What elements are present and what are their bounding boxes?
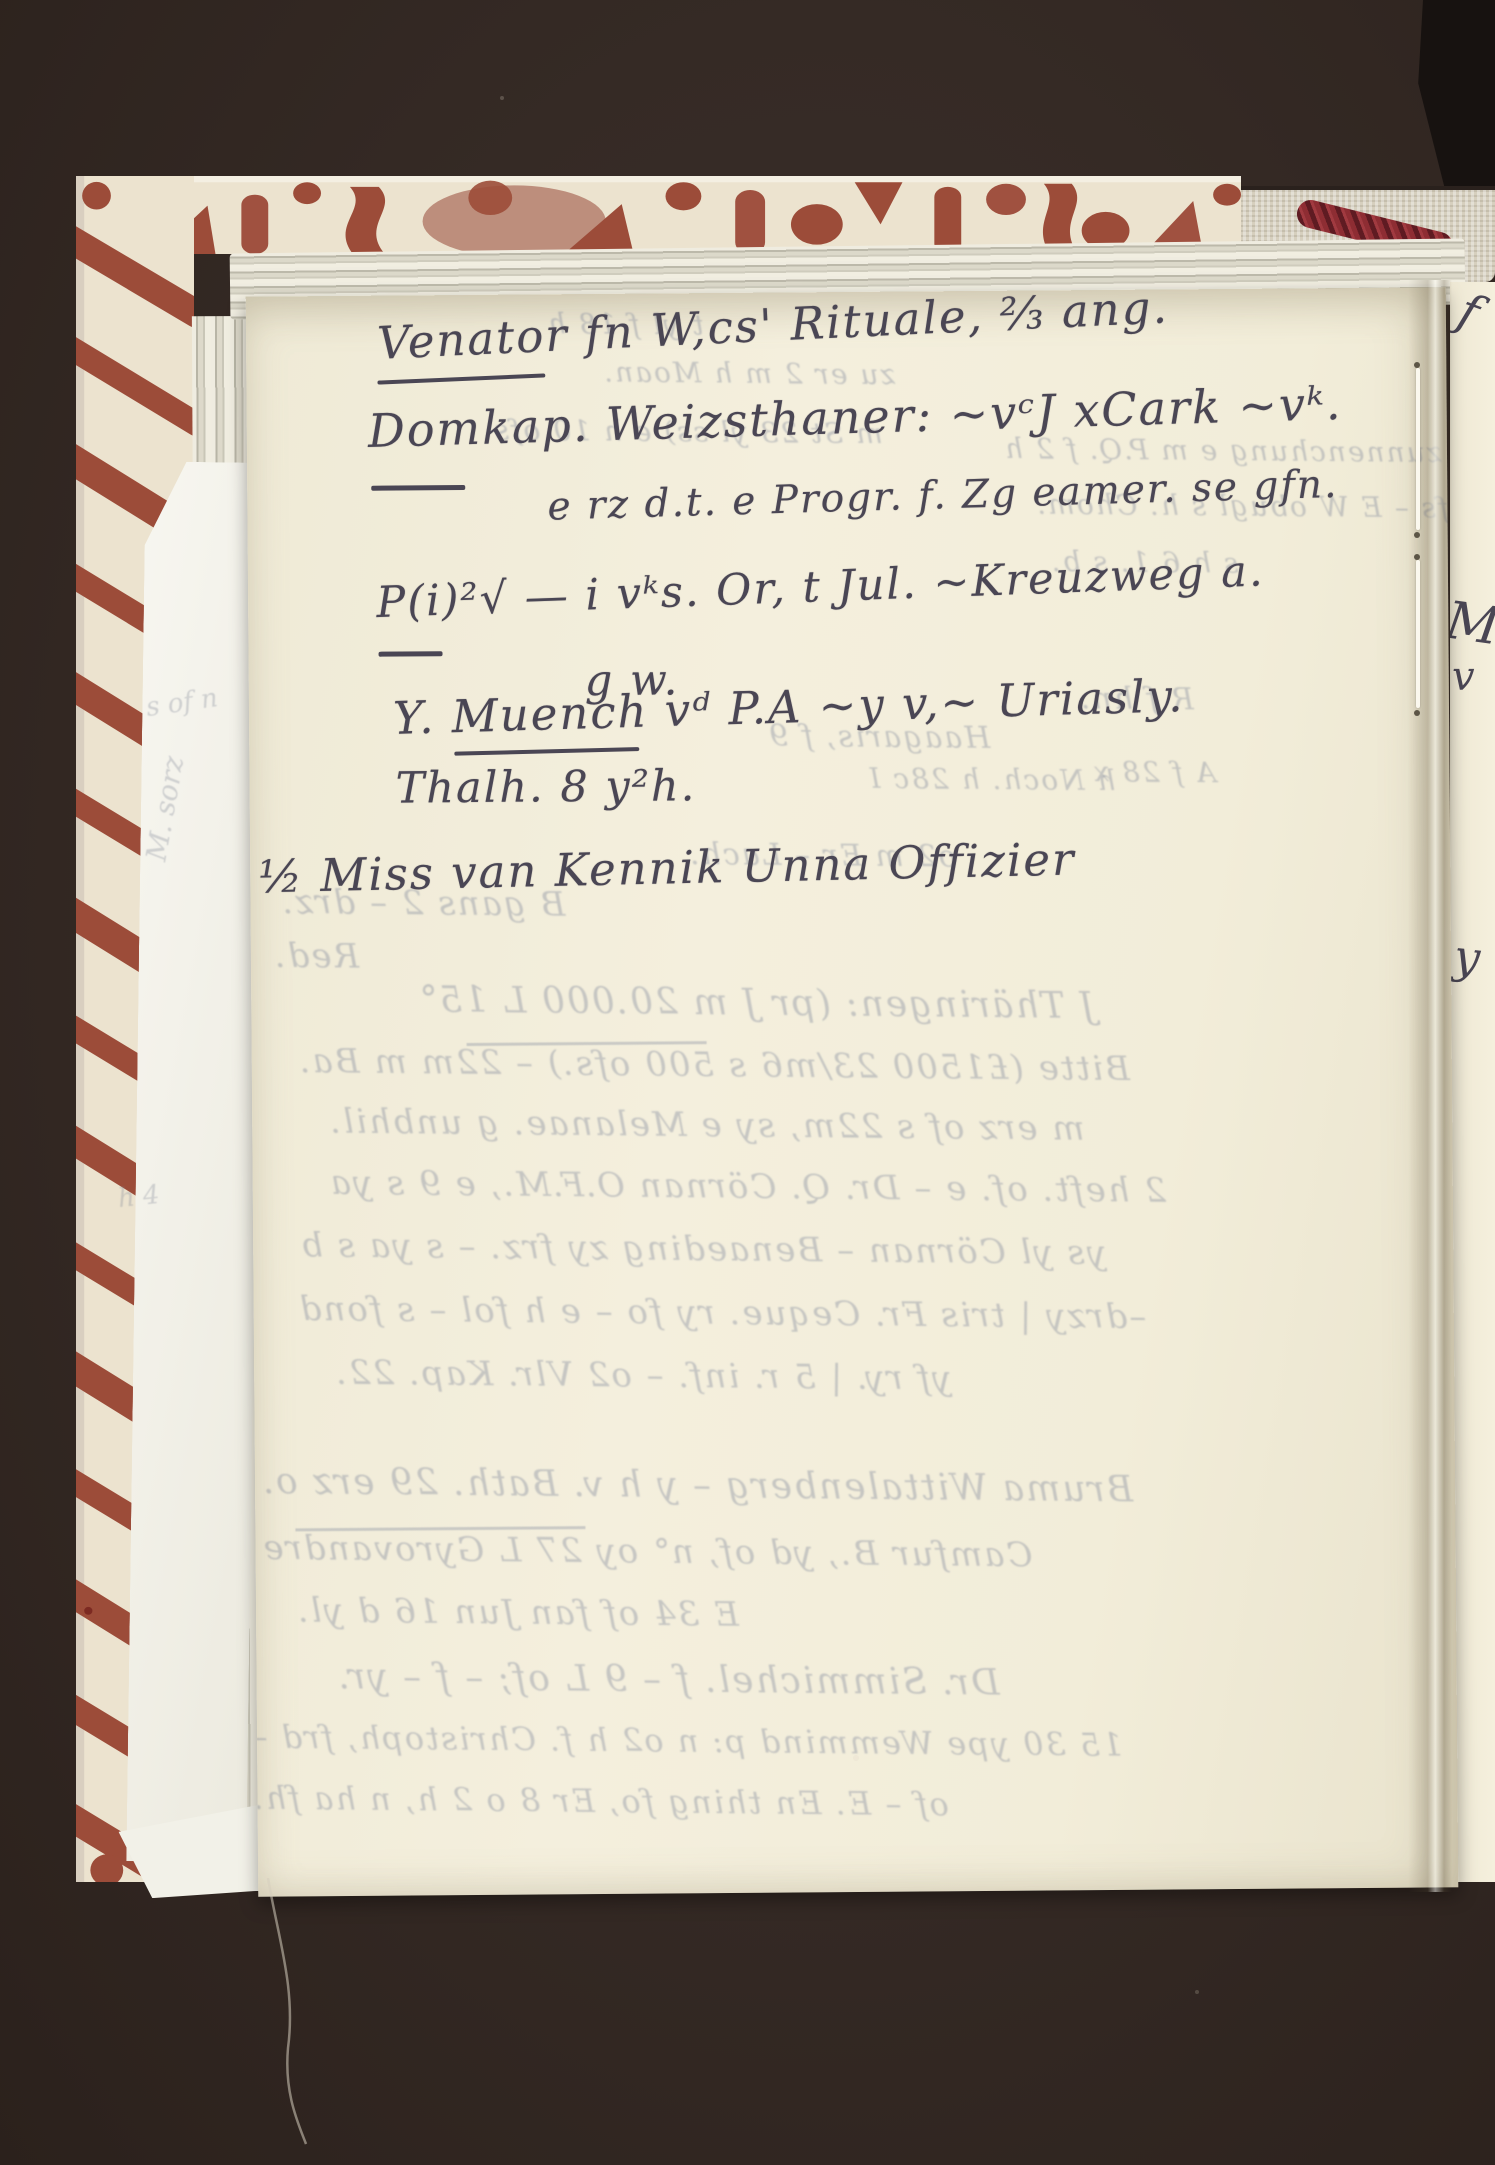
show-through-line: Camfur B., yd of, n° oy 27 L Gyrovandre	[261, 1528, 1032, 1575]
show-through-line: Dr. Simmichel. f – 9 L of; – f – yr.	[336, 1656, 1000, 1703]
stitch-thread	[1416, 368, 1420, 530]
show-through-line: h Noch. h 28c I	[867, 762, 1115, 797]
margin-mark: h 4	[117, 1180, 161, 1214]
dust-speck	[1195, 1990, 1199, 1994]
ink-underline	[454, 747, 639, 756]
ink-underline	[379, 651, 443, 657]
gutter-crease	[1408, 280, 1452, 1892]
stitch-thread	[1416, 560, 1420, 708]
facing-page-ink-mark: y	[1451, 929, 1483, 985]
show-through-line: 2 heft. of. e – Dr. Q. Cörnan O.F.M., e …	[329, 1163, 1167, 1211]
show-through-line: yf ry. | 5 r. inf. – o2 Vlr. Kap. 22.	[334, 1353, 952, 1399]
ink-underline	[371, 485, 465, 491]
dust-speck	[500, 96, 504, 100]
ink-underline	[377, 373, 545, 384]
facing-page-ink-mark: f	[1451, 283, 1487, 342]
hanging-thread	[238, 1878, 338, 2150]
dust-speck	[853, 1755, 859, 1761]
show-through-line: Red.	[273, 936, 360, 977]
show-through-line: zu er 2 m h Moan.	[602, 355, 895, 391]
main-page: t yl f 18 h zu er 2 m h Moan. m St 23 yl…	[246, 287, 1459, 1896]
notebook-photo: s of n M. sorz h 4 f M v y t yl f 18 h z…	[0, 0, 1495, 2165]
stitch-hole	[1414, 554, 1420, 560]
show-through-line: Bruma Wittalenberg – y h v. Bath. 29 erz…	[261, 1461, 1134, 1510]
handwriting-line: Thalh. 8 y²h.	[395, 761, 696, 813]
show-through-line: –drzy | tris Fr. Ceque. ry fo – e h fol …	[298, 1289, 1147, 1337]
show-through-line: m erz of s 22m, sy e Melanae. g unbhil.	[328, 1102, 1085, 1149]
stitch-hole	[1414, 362, 1420, 368]
facing-page-ink-mark: v	[1452, 654, 1475, 700]
loose-sheet	[126, 461, 266, 1863]
stitch-hole	[1414, 532, 1420, 538]
show-through-line: of – E. En thing fo, Er 8 o 2 h, n ha fh…	[251, 1779, 949, 1824]
stitch-hole	[1414, 710, 1420, 716]
handwriting-line: P(i)²√ — i vᵏs. Or, t Jul. ~Kreuzweg a.	[375, 546, 1265, 628]
show-through-line: 15 30 ype Wemmind p: n o2 h f. Christoph…	[246, 1717, 1123, 1764]
show-through-line: J Thäringen: (pr J m 20.000 L 15°	[417, 980, 1095, 1027]
show-through-line: Bitte (£1500 23/m6 s 500 ofs.) – 22m m B…	[298, 1041, 1131, 1089]
facing-page-ink-mark: M	[1450, 591, 1495, 658]
show-through-line: E 34 of fan Jun 16 d yl.	[296, 1591, 739, 1635]
handwriting-line: ½ Miss van Kennik Unna Offizier	[258, 833, 1076, 904]
facing-page: f M v y	[1450, 282, 1495, 1882]
show-through-line: A f 28 x	[1091, 755, 1216, 789]
show-through-line: ys yl Cörnan – Benaeding zy frz. – s ya …	[299, 1225, 1106, 1273]
